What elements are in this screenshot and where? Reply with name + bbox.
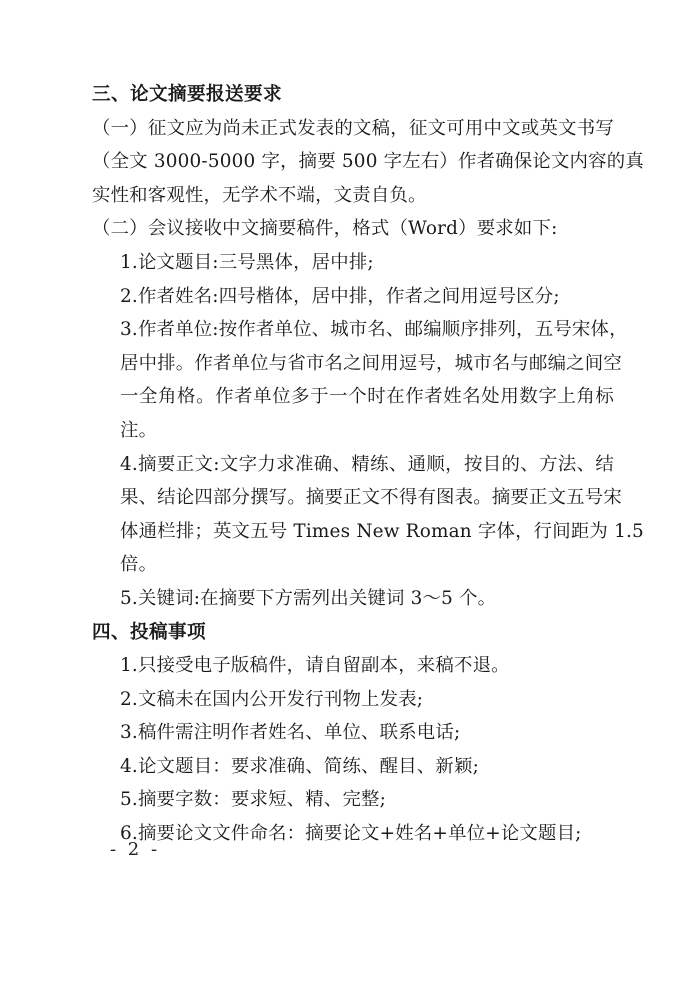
paragraph-line: （二）会议接收中文摘要稿件，格式（Word）要求如下:	[92, 212, 614, 246]
list-item-continuation: 体通栏排；英文五号 Times New Roman 字体，行间距为 1.5	[92, 515, 614, 549]
list-item-continuation: 居中排。作者单位与省市名之间用逗号，城市名与邮编之间空	[92, 347, 614, 381]
paragraph-line: （全文 3000-5000 字，摘要 500 字左右）作者确保论文内容的真	[92, 145, 614, 179]
list-item-continuation: 注。	[92, 414, 614, 448]
paragraph-line: （一）征文应为尚未正式发表的文稿，征文可用中文或英文书写	[92, 112, 614, 146]
list-item: 2.文稿未在国内公开发行刊物上发表;	[92, 683, 614, 717]
list-item: 6.摘要论文文件命名：摘要论文+姓名+单位+论文题目;	[92, 817, 614, 851]
list-item: 5.摘要字数：要求短、精、完整;	[92, 783, 614, 817]
document-page: 三、论文摘要报送要求 （一）征文应为尚未正式发表的文稿，征文可用中文或英文书写 …	[0, 0, 700, 989]
list-item: 1.论文题目:三号黑体，居中排;	[92, 246, 614, 280]
list-item: 2.作者姓名:四号楷体，居中排，作者之间用逗号区分;	[92, 280, 614, 314]
section-heading: 三、论文摘要报送要求	[92, 78, 614, 112]
section-heading: 四、投稿事项	[92, 616, 614, 650]
list-item: 3.稿件需注明作者姓名、单位、联系电话;	[92, 716, 614, 750]
list-item-continuation: 一全角格。作者单位多于一个时在作者姓名处用数字上角标	[92, 380, 614, 414]
paragraph-line: 实性和客观性，无学术不端，文责自负。	[92, 179, 614, 213]
list-item: 4.论文题目：要求准确、简练、醒目、新颖;	[92, 750, 614, 784]
document-body: 三、论文摘要报送要求 （一）征文应为尚未正式发表的文稿，征文可用中文或英文书写 …	[92, 78, 614, 851]
list-item: 4.摘要正文:文字力求准确、精练、通顺，按目的、方法、结	[92, 448, 614, 482]
list-item-continuation: 倍。	[92, 548, 614, 582]
list-item: 1.只接受电子版稿件，请自留副本，来稿不退。	[92, 649, 614, 683]
list-item: 5.关键词:在摘要下方需列出关键词 3～5 个。	[92, 582, 614, 616]
page-number: - 2 -	[110, 838, 160, 862]
section-submission-notes: 四、投稿事项 1.只接受电子版稿件，请自留副本，来稿不退。 2.文稿未在国内公开…	[92, 616, 614, 851]
list-item-continuation: 果、结论四部分撰写。摘要正文不得有图表。摘要正文五号宋	[92, 481, 614, 515]
list-item: 3.作者单位:按作者单位、城市名、邮编顺序排列，五号宋体，	[92, 313, 614, 347]
section-submission-requirements: 三、论文摘要报送要求 （一）征文应为尚未正式发表的文稿，征文可用中文或英文书写 …	[92, 78, 614, 616]
